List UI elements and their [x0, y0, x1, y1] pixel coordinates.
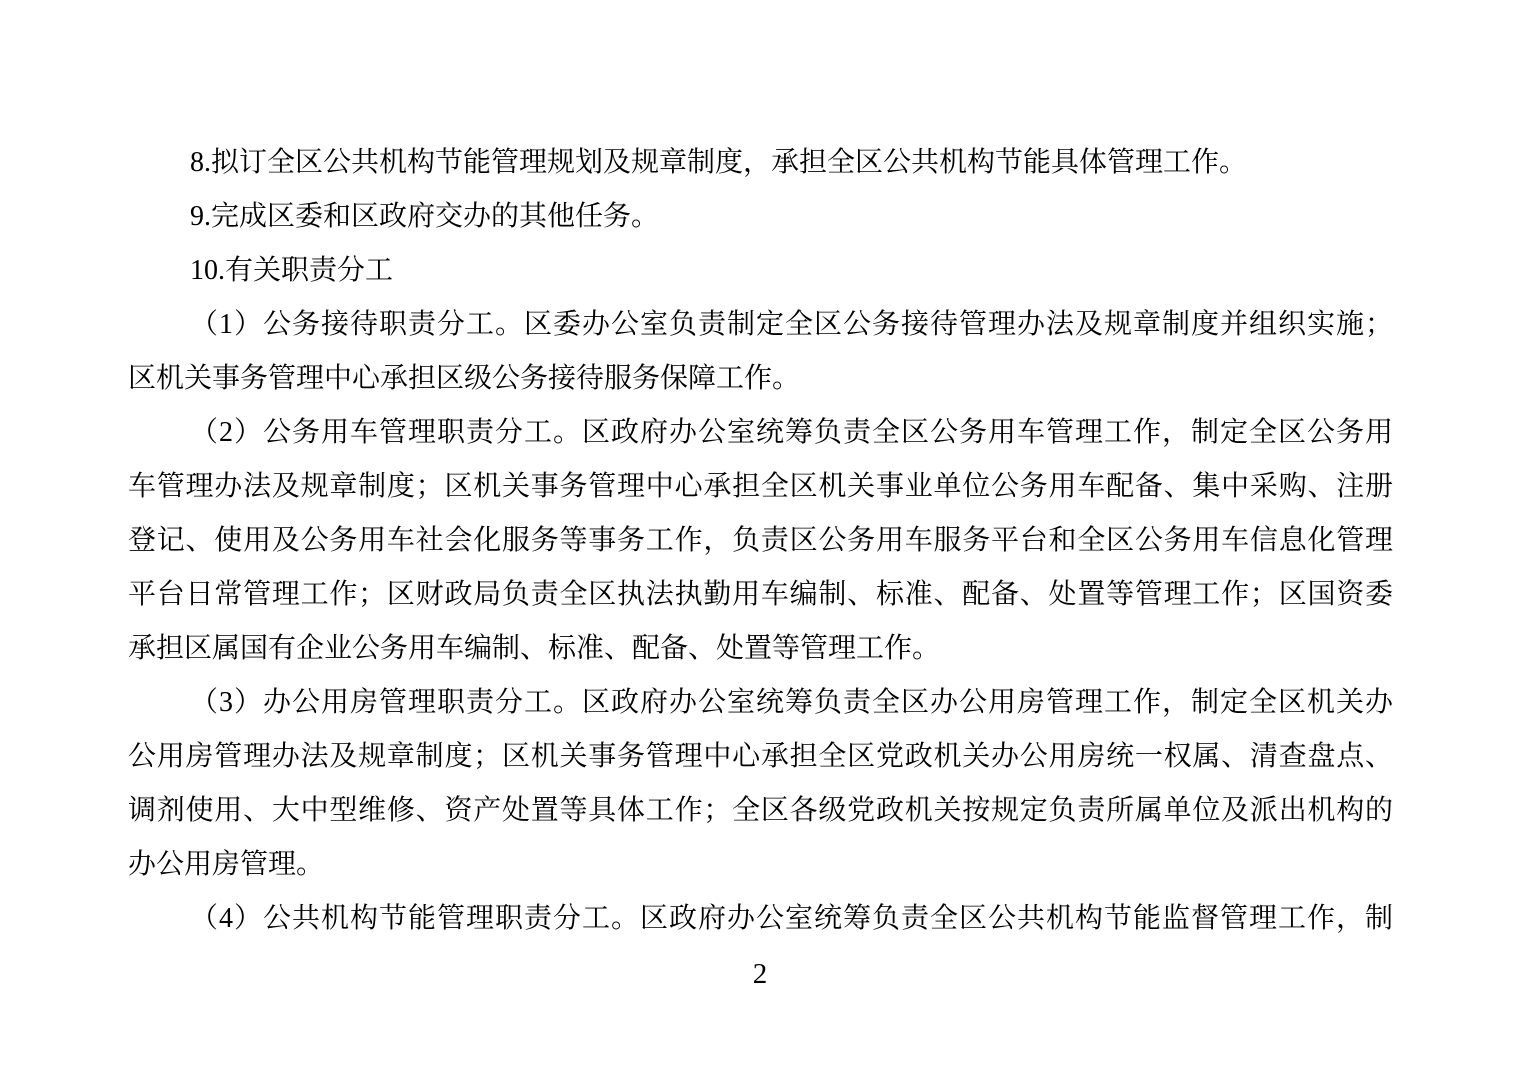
paragraph-line: （1）公务接待职责分工。区委办公室负责制定全区公务接待管理办法及规章制度并组织实… [128, 298, 1393, 352]
paragraph-subitem-3: （3）办公用房管理职责分工。区政府办公室统筹负责全区办公用房管理工作，制定全区机… [128, 676, 1393, 892]
paragraph-item-10-heading: 10.有关职责分工 [128, 244, 1393, 298]
page-footer: 2 [0, 957, 1520, 991]
paragraph-line: 承担区属国有企业公务用车编制、标准、配备、处置等管理工作。 [128, 622, 1393, 676]
paragraph-line: 9.完成区委和区政府交办的其他任务。 [128, 190, 1393, 244]
paragraph-line: 公用房管理办法及规章制度；区机关事务管理中心承担全区党政机关办公用房统一权属、清… [128, 730, 1393, 784]
paragraph-line: （4）公共机构节能管理职责分工。区政府办公室统筹负责全区公共机构节能监督管理工作… [128, 892, 1393, 946]
paragraph-line: 登记、使用及公务用车社会化服务等事务工作，负责区公务用车服务平台和全区公务用车信… [128, 514, 1393, 568]
page-number: 2 [753, 958, 768, 990]
paragraph-subitem-4: （4）公共机构节能管理职责分工。区政府办公室统筹负责全区公共机构节能监督管理工作… [128, 892, 1393, 946]
paragraph-line: 8.拟订全区公共机构节能管理规划及规章制度，承担全区公共机构节能具体管理工作。 [128, 136, 1393, 190]
document-page: 8.拟订全区公共机构节能管理规划及规章制度，承担全区公共机构节能具体管理工作。 … [0, 0, 1520, 1074]
paragraph-line: 调剂使用、大中型维修、资产处置等具体工作；全区各级党政机关按规定负责所属单位及派… [128, 784, 1393, 838]
document-body: 8.拟订全区公共机构节能管理规划及规章制度，承担全区公共机构节能具体管理工作。 … [128, 136, 1393, 946]
paragraph-line: 办公用房管理。 [128, 838, 1393, 892]
paragraph-subitem-1: （1）公务接待职责分工。区委办公室负责制定全区公务接待管理办法及规章制度并组织实… [128, 298, 1393, 406]
paragraph-line: 10.有关职责分工 [128, 244, 1393, 298]
paragraph-line: （3）办公用房管理职责分工。区政府办公室统筹负责全区办公用房管理工作，制定全区机… [128, 676, 1393, 730]
paragraph-item-8: 8.拟订全区公共机构节能管理规划及规章制度，承担全区公共机构节能具体管理工作。 [128, 136, 1393, 190]
paragraph-line: 区机关事务管理中心承担区级公务接待服务保障工作。 [128, 352, 1393, 406]
paragraph-line: 平台日常管理工作；区财政局负责全区执法执勤用车编制、标准、配备、处置等管理工作；… [128, 568, 1393, 622]
paragraph-line: 车管理办法及规章制度；区机关事务管理中心承担全区机关事业单位公务用车配备、集中采… [128, 460, 1393, 514]
paragraph-line: （2）公务用车管理职责分工。区政府办公室统筹负责全区公务用车管理工作，制定全区公… [128, 406, 1393, 460]
paragraph-item-9: 9.完成区委和区政府交办的其他任务。 [128, 190, 1393, 244]
paragraph-subitem-2: （2）公务用车管理职责分工。区政府办公室统筹负责全区公务用车管理工作，制定全区公… [128, 406, 1393, 676]
